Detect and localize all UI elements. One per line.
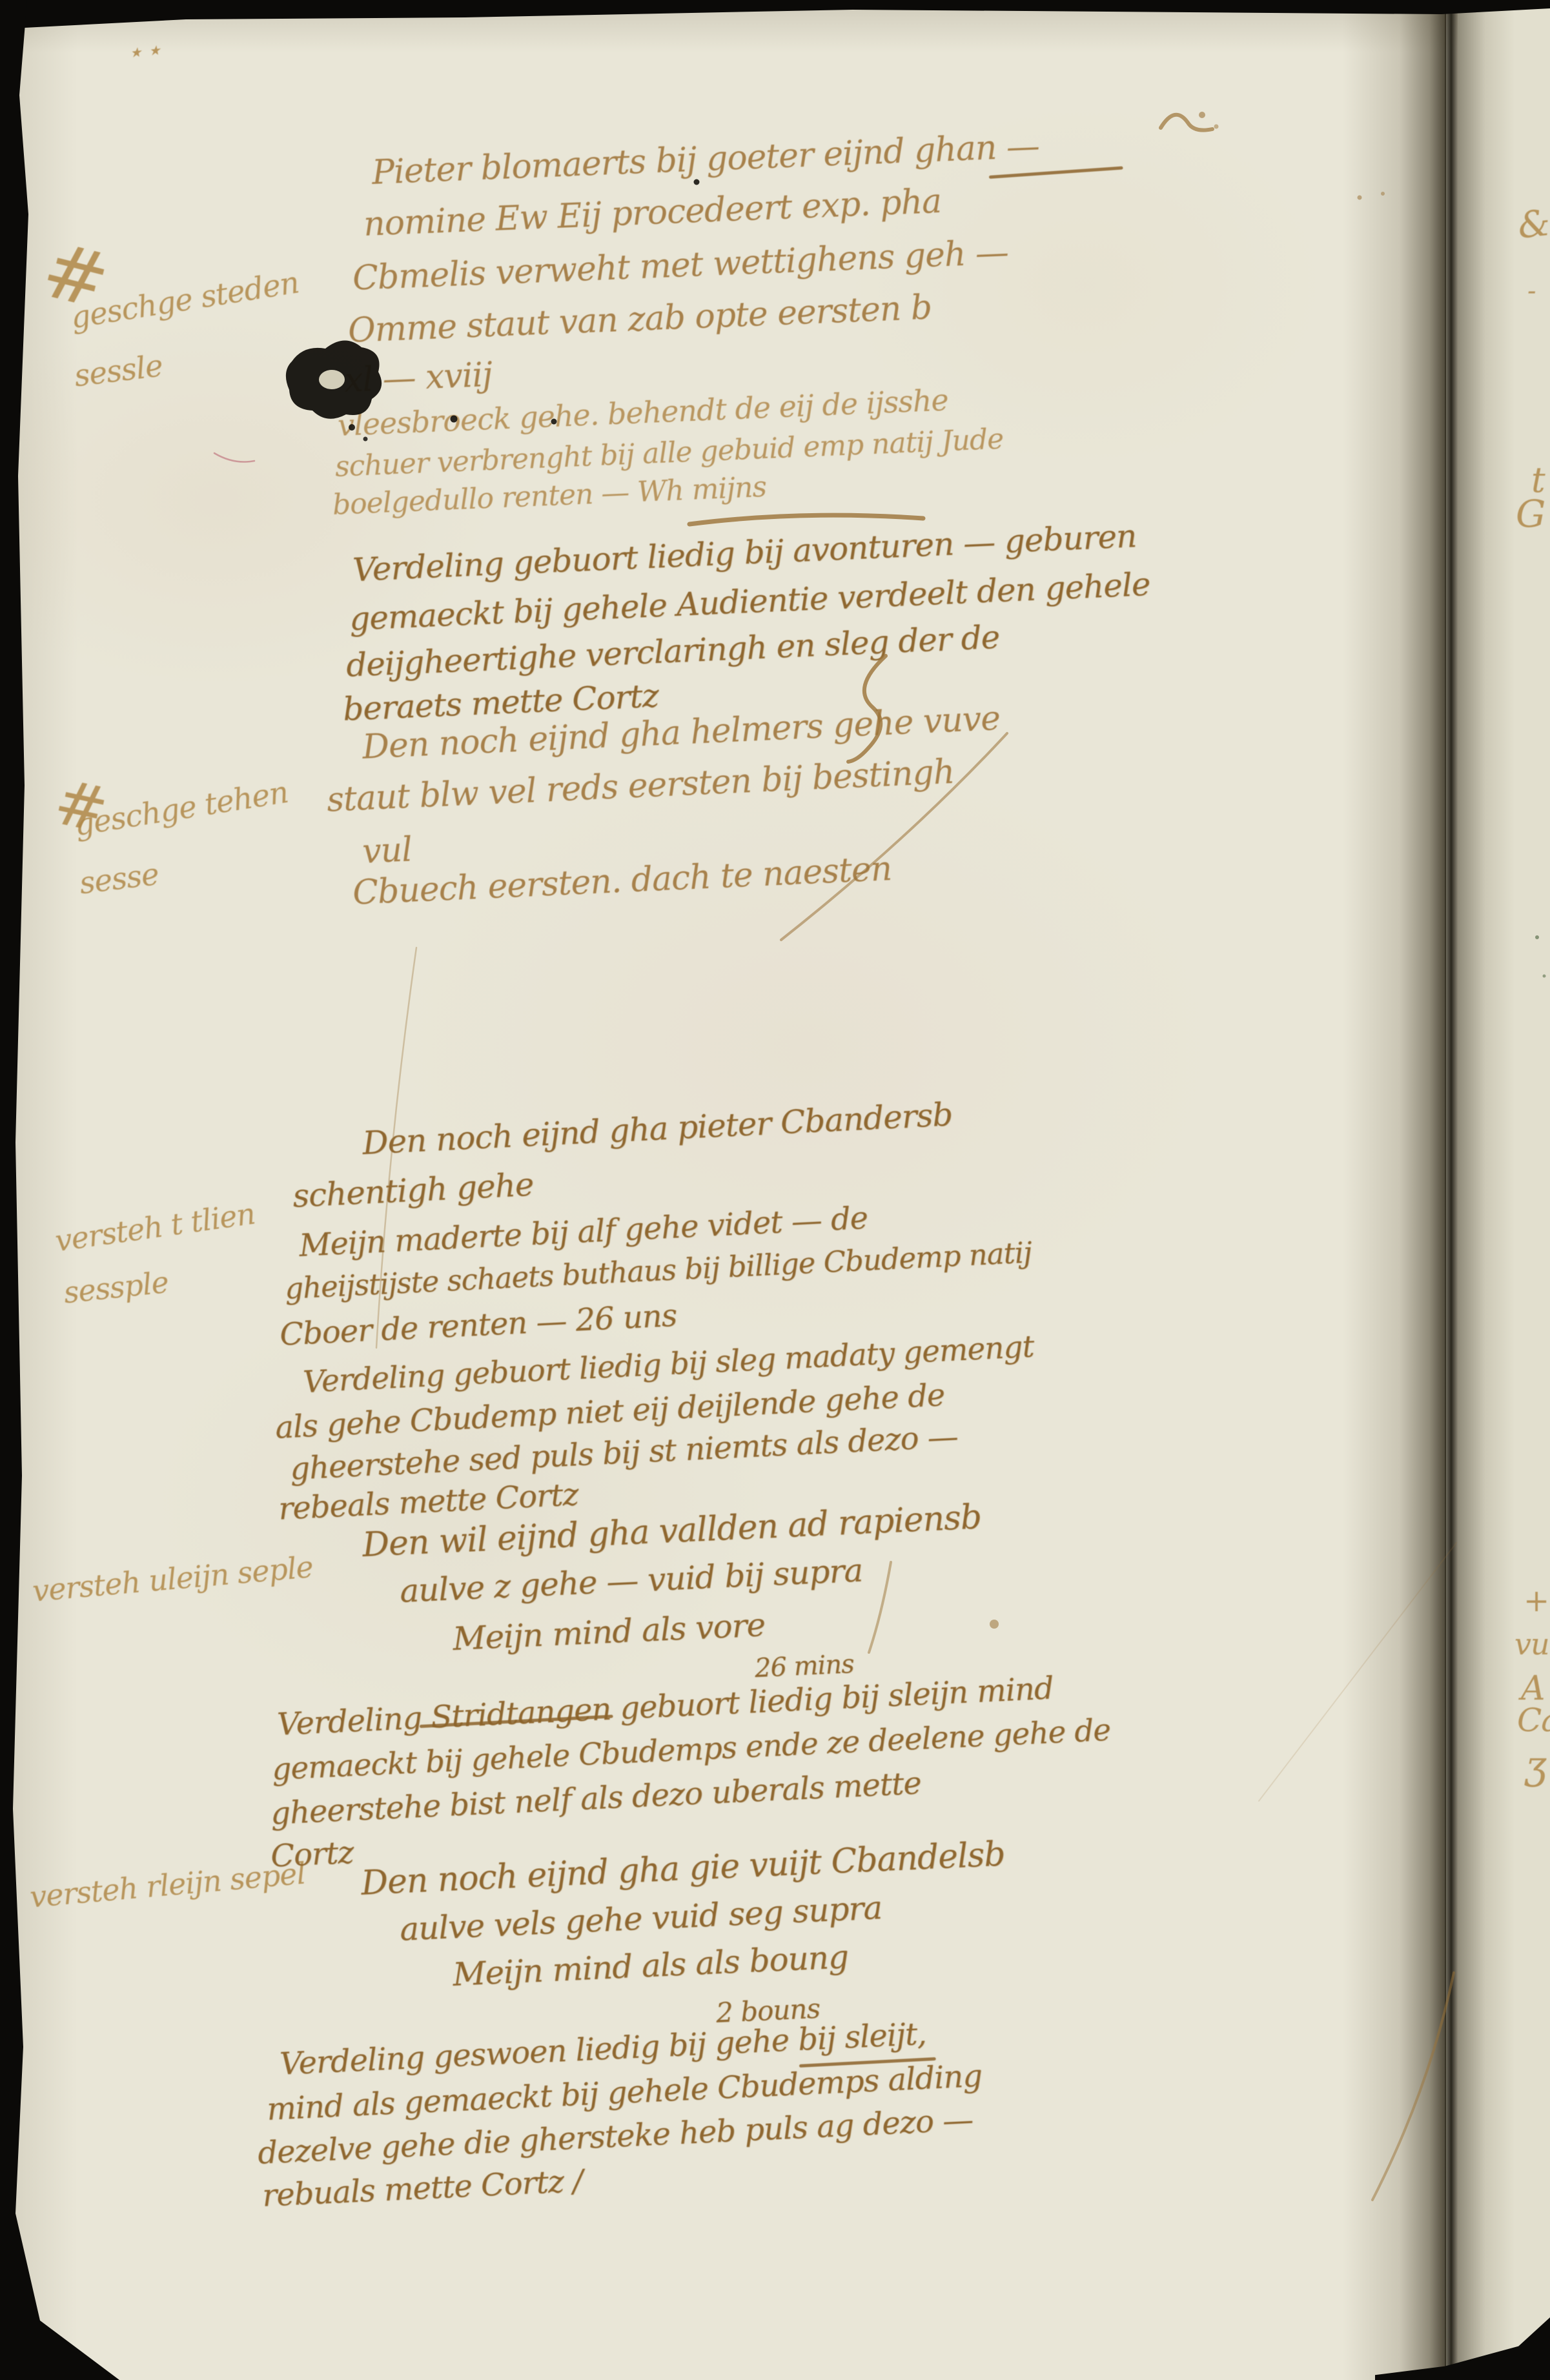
ink-blot [286, 179, 700, 442]
descender-stroke [869, 1562, 891, 1653]
manuscript-scan: ٭ ٭ # geschge steden sessle # geschge te… [0, 0, 1550, 2380]
red-fiber-mark [214, 453, 254, 462]
underline-flourish [689, 515, 923, 524]
ink-smudge-squiggle [1161, 115, 1212, 130]
closing-brace-flourish [848, 656, 886, 762]
green-specks [1535, 935, 1546, 978]
ink-blot-void [319, 370, 345, 389]
hairline-stroke [376, 948, 416, 1348]
diagonal-flourish [1372, 1973, 1454, 2200]
faint-scratch [1259, 1543, 1456, 1801]
descender-flourish [781, 733, 1007, 940]
ink-flourish-layer [0, 0, 1550, 2380]
ink-spatter [990, 112, 1385, 1629]
